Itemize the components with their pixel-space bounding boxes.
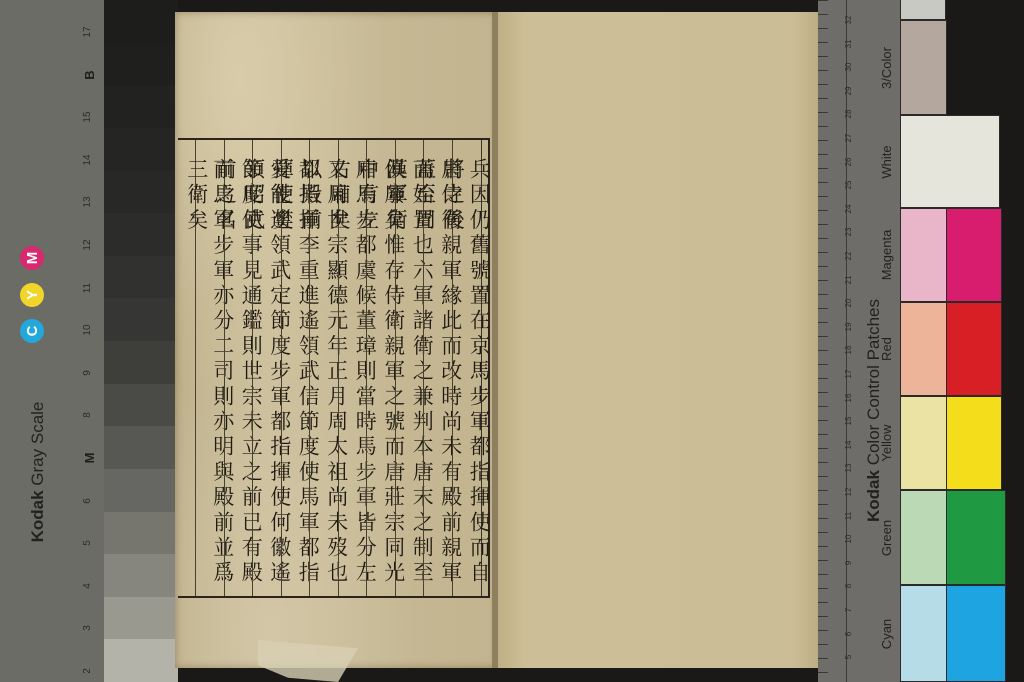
magenta-solid-patch <box>946 208 1002 302</box>
ruler-number: 22 <box>844 246 856 266</box>
gray-step-label: 12 <box>82 234 96 256</box>
gray-step-label: 10 <box>82 319 96 341</box>
yellow-solid-patch <box>946 396 1002 490</box>
text-columns: 兵因仍舊號置在京馬步軍都指揮使而自將之後 唐侍衛親軍緣此而改時尚未有殿前親軍蓋至… <box>178 140 480 596</box>
column-text: 兵因仍舊號置在京馬步軍都指揮使而自將之後 <box>440 158 492 596</box>
yellow-tint-patch <box>900 396 947 490</box>
gray-step-label: 8 <box>82 404 96 426</box>
green-solid-patch <box>946 490 1006 585</box>
patch-label: Magenta <box>879 215 897 295</box>
magenta-dot-icon: M <box>20 246 44 270</box>
ruler-number: 17 <box>844 364 856 384</box>
ruler-number: 13 <box>844 458 856 478</box>
gray-step-label: 4 <box>82 575 96 597</box>
magenta-letter: M <box>24 252 41 265</box>
ruler-number: 5 <box>844 647 856 667</box>
ruler-number: 6 <box>844 624 856 644</box>
patch-label: Green <box>879 498 897 578</box>
patch-label: Red <box>879 309 897 389</box>
gray-patch <box>104 128 178 171</box>
ruler-number: 12 <box>844 482 856 502</box>
gray-step-label: M <box>82 447 96 469</box>
gray-step-label: 6 <box>82 490 96 512</box>
ruler-number: 9 <box>844 553 856 573</box>
gray-patch <box>104 426 178 469</box>
ruler-number: 15 <box>844 411 856 431</box>
gray-step-label: 11 <box>82 277 96 299</box>
red-solid-patch <box>946 302 1002 396</box>
ruler-number: 14 <box>844 435 856 455</box>
patch-label: White <box>879 122 897 202</box>
ruler-number: 31 <box>844 34 856 54</box>
gray-step-label: 3 <box>82 617 96 639</box>
red-tint-patch <box>900 302 947 396</box>
ruler-number: 27 <box>844 128 856 148</box>
gray-patch <box>104 256 178 299</box>
gray-patch <box>104 171 178 214</box>
gray-scale-patches <box>104 0 178 682</box>
gray-patch <box>104 512 178 555</box>
white-patch <box>900 115 1000 208</box>
gray-patch <box>104 554 178 597</box>
ruler-number: 20 <box>844 293 856 313</box>
kodak-brand: Kodak <box>28 490 47 542</box>
gray-patch <box>104 0 178 43</box>
ruler-number: 7 <box>844 600 856 620</box>
cyan-tint-patch <box>900 585 947 682</box>
gray-patch <box>104 85 178 128</box>
gray-scale-label: Gray Scale <box>28 402 47 486</box>
green-tint-patch <box>900 490 947 585</box>
gray-step-label: 2 <box>82 660 96 682</box>
gray-patch <box>104 597 178 640</box>
book-right-page <box>498 12 825 668</box>
magenta-tint-patch <box>900 208 947 302</box>
gray-scale-title: Kodak Gray Scale <box>28 392 52 552</box>
patch-label: 3/Color <box>879 28 897 108</box>
patch-label: Yellow <box>879 403 897 483</box>
ruler-number: 16 <box>844 388 856 408</box>
text-frame: 兵因仍舊號置在京馬步軍都指揮使而自將之後 唐侍衛親軍緣此而改時尚未有殿前親軍蓋至… <box>178 138 490 598</box>
text-column: 兵因仍舊號置在京馬步軍都指揮使而自將之後 <box>452 140 481 596</box>
gray-patch <box>104 213 178 256</box>
gray-patch <box>104 298 178 341</box>
gray-patch <box>104 341 178 384</box>
gray-step-label: 15 <box>82 106 96 128</box>
gray-step-label: 13 <box>82 191 96 213</box>
cyan-dot-icon: C <box>20 319 44 343</box>
ruler-number: 10 <box>844 529 856 549</box>
ruler-number: 18 <box>844 340 856 360</box>
ruler-number: 11 <box>844 506 856 526</box>
gray-patch <box>104 43 178 86</box>
ruler-number: 21 <box>844 270 856 290</box>
gray-step-label: 17 <box>82 21 96 43</box>
gray-step-label: B <box>82 64 96 86</box>
gray-patch <box>104 639 178 682</box>
ruler-number: 24 <box>844 199 856 219</box>
gray-step-label: 9 <box>82 362 96 384</box>
ruler-number: 23 <box>844 222 856 242</box>
gray-patch <box>104 469 178 512</box>
ruler-number: 29 <box>844 81 856 101</box>
ruler-number: 30 <box>844 57 856 77</box>
ruler-number: 32 <box>844 10 856 30</box>
gray-top-patch <box>900 0 946 20</box>
cyan-solid-patch <box>946 585 1006 682</box>
ruler-number: 25 <box>844 175 856 195</box>
gray-step-label: 5 <box>82 532 96 554</box>
patch-label: Cyan <box>879 594 897 674</box>
yellow-letter: Y <box>24 290 41 300</box>
gray-step-label: 14 <box>82 149 96 171</box>
ruler-number: 26 <box>844 152 856 172</box>
ruler-number: 8 <box>844 576 856 596</box>
ruler-ticks <box>818 0 847 682</box>
ruler-number: 28 <box>844 104 856 124</box>
cyan-letter: C <box>24 326 41 337</box>
3-color-tint-patch <box>900 20 947 115</box>
gray-patch <box>104 384 178 427</box>
ruler-number: 19 <box>844 317 856 337</box>
yellow-dot-icon: Y <box>20 283 44 307</box>
